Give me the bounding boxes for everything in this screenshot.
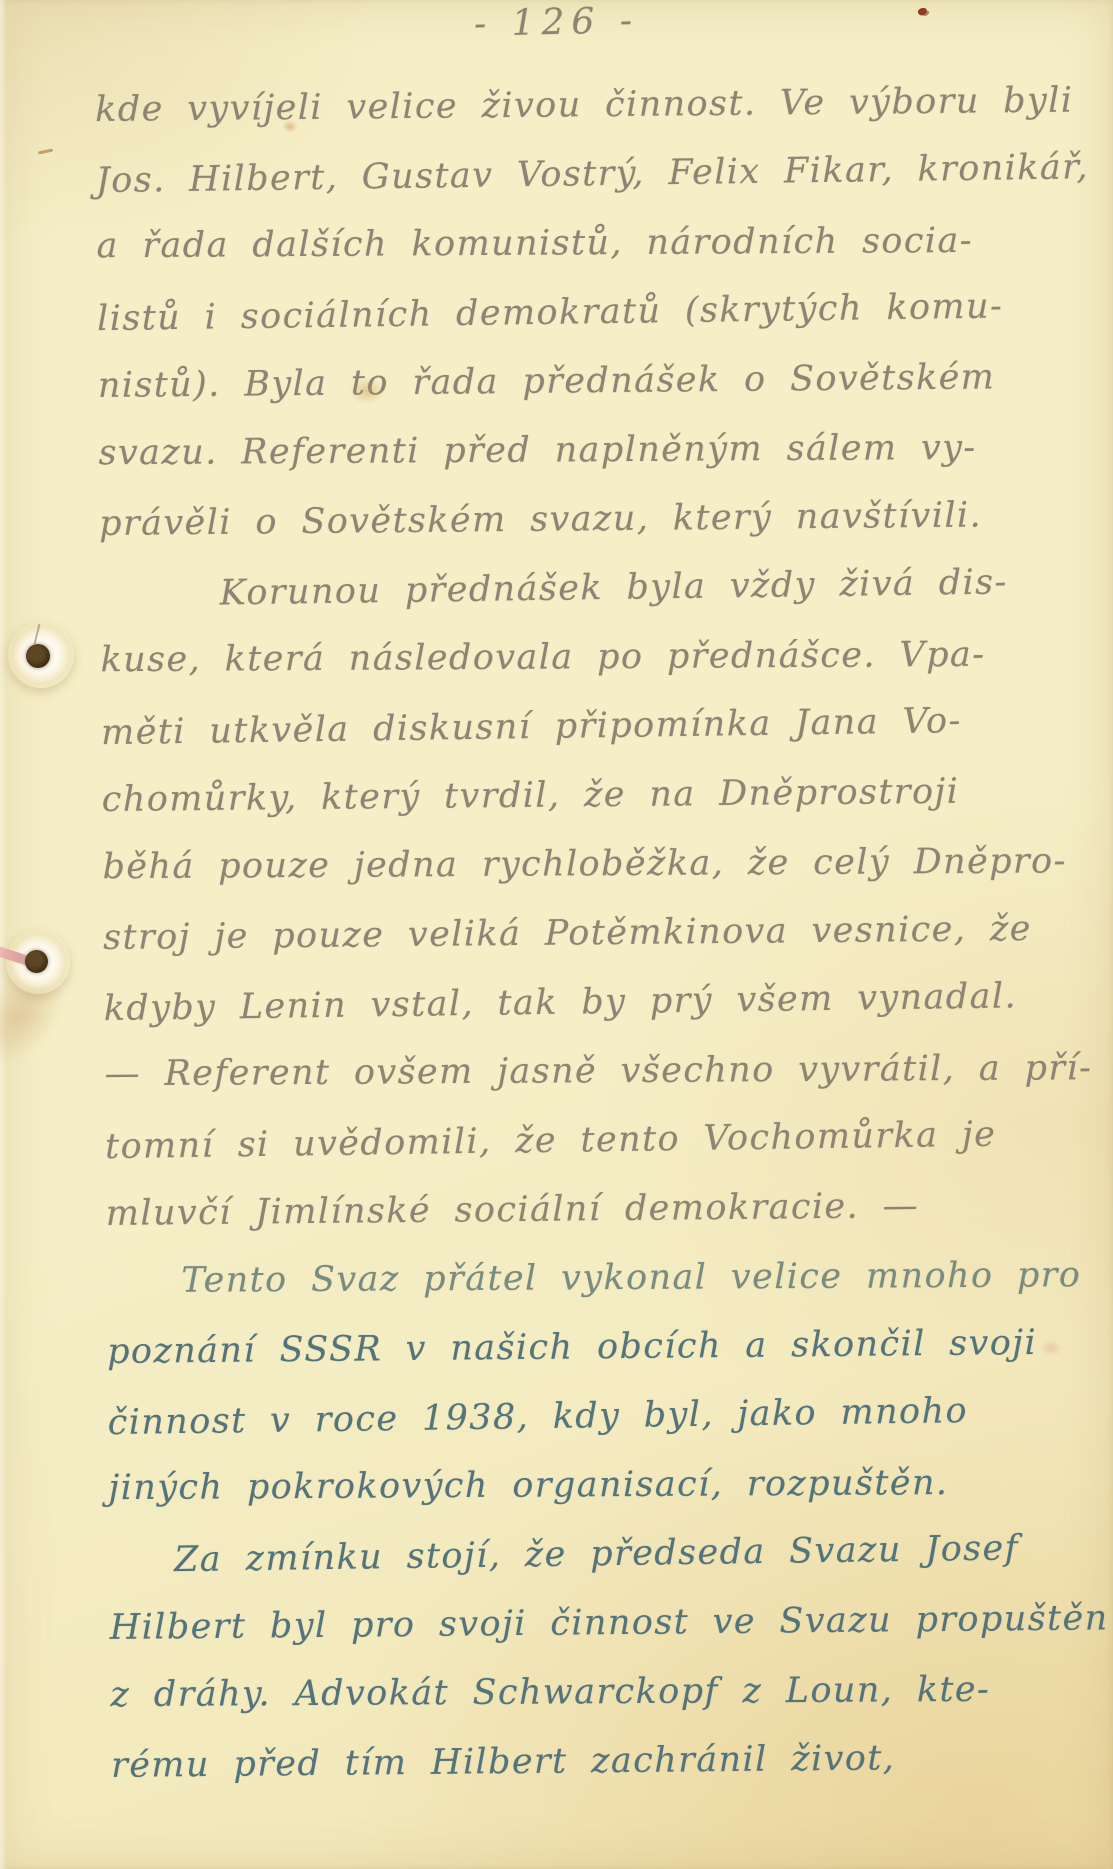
pink-stain xyxy=(1040,1340,1062,1356)
handwritten-line: chomůrky, který tvrdil, že na Dněprostro… xyxy=(102,770,1091,848)
handwritten-line: kde vyvíjeli velice živou činnost. Ve vý… xyxy=(95,81,1084,159)
page-number: - 126 - xyxy=(0,0,1113,55)
handwritten-line: tomní si uvědomili, že tento Vochomůrka … xyxy=(105,1113,1094,1196)
orange-stain xyxy=(282,120,298,133)
tan-stain xyxy=(350,378,384,404)
punch-hole-bottom xyxy=(25,950,48,973)
handwritten-line: Korunou přednášek byla vždy živá dis- xyxy=(100,561,1089,644)
handwritten-line: Jos. Hilbert, Gustav Vostrý, Felix Fikar… xyxy=(96,147,1085,230)
handwritten-line: nistů). Byla to řada přednášek o Sovětsk… xyxy=(98,357,1087,435)
handwritten-line: Za zmínku stojí, že předseda Svazu Josef xyxy=(109,1527,1098,1610)
manuscript-text: kde vyvíjeli velice živou činnost. Ve vý… xyxy=(95,81,1100,1815)
handwritten-line: kuse, která následovala po přednášce. Vp… xyxy=(100,634,1088,709)
handwritten-line: běhá pouze jedna rychloběžka, že celý Dn… xyxy=(102,841,1090,916)
handwritten-line: jiných pokrokových organisací, rozpuštěn… xyxy=(108,1462,1096,1537)
handwritten-line: měti utkvěla diskusní připomínka Jana Vo… xyxy=(101,699,1090,782)
handwritten-line: Hilbert byl pro svoji činnost ve Svazu p… xyxy=(110,1598,1099,1676)
handwritten-line: — Referent ovšem jasně všechno vyvrátil,… xyxy=(104,1048,1092,1123)
handwritten-line: rému před tím Hilbert zachránil život, xyxy=(111,1736,1100,1814)
handwritten-line: činnost v roce 1938, kdy byl, jako mnoho xyxy=(107,1389,1096,1472)
handwritten-line: listů i sociálních demokratů (skrytých k… xyxy=(97,285,1086,368)
handwritten-line: a řada dalších komunistů, národních soci… xyxy=(96,220,1084,295)
page-edge-highlight xyxy=(0,0,7,1869)
manuscript-page: - 126 - kde vyvíjeli velice živou činnos… xyxy=(0,0,1113,1869)
handwritten-line: mluvčí Jimlínské sociální demokracie. — xyxy=(106,1184,1095,1262)
handwritten-line: Tento Svaz přátel vykonal velice mnoho p… xyxy=(106,1255,1094,1330)
handwritten-line: kdyby Lenin vstal, tak by prý všem vynad… xyxy=(103,975,1092,1058)
punch-hole-top xyxy=(26,644,50,668)
handwritten-line: svazu. Referenti před naplněným sálem vy… xyxy=(98,427,1086,502)
handwritten-line: právěli o Sovětském svazu, který navštív… xyxy=(99,494,1088,572)
pencil-tick-mark xyxy=(38,148,53,154)
handwritten-line: poznání SSSR v našich obcích a skončil s… xyxy=(107,1322,1096,1400)
handwritten-line: stroj je pouze veliká Potěmkinova vesnic… xyxy=(103,908,1092,986)
handwritten-line: z dráhy. Advokát Schwarckopf z Loun, kte… xyxy=(110,1669,1098,1744)
